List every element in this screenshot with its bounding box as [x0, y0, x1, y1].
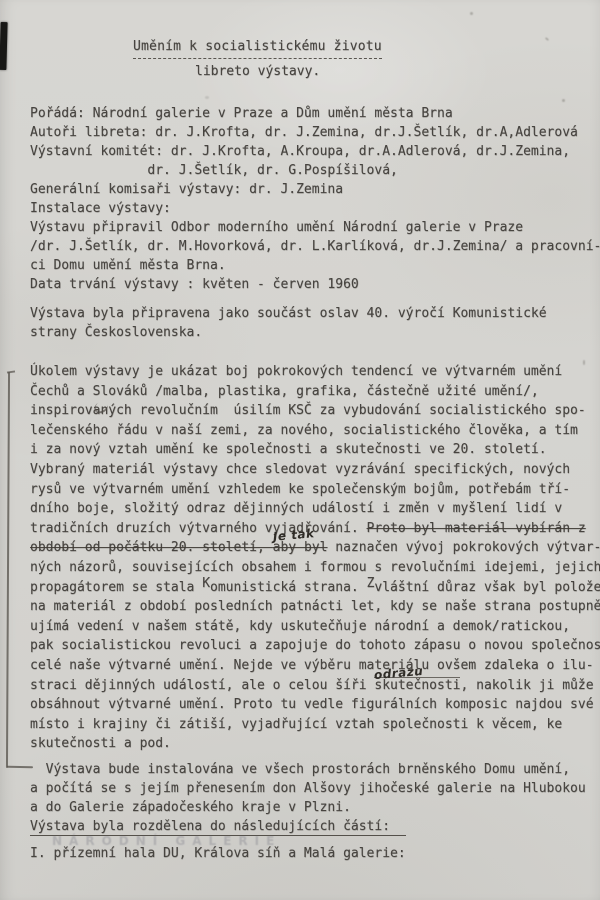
text-line: propagátorem se stala Komunistická stran…	[30, 578, 600, 598]
text-run: I. přízemní hala DU, Králova síň a Malá …	[30, 846, 406, 861]
text-line: Instalace výstavy:	[30, 199, 600, 218]
text-run: celé naše výtvarné umění. Nejde ve výběr…	[30, 658, 594, 673]
text-line: skutečnosti a pod.	[30, 734, 600, 754]
document-body: Pořádá: Národní galerie v Praze a Dům um…	[30, 104, 600, 863]
block-credits: Pořádá: Národní galerie v Praze a Dům um…	[30, 104, 600, 294]
text-run: dr. J.Šetlík, dr. G.Pospíšilová,	[30, 163, 398, 178]
text-run: naznačen vývoj pokrokových výtvar-	[327, 540, 600, 555]
text-run: Výstava byla připravena jako součást osl…	[30, 306, 547, 321]
text-run: místo i krajiny či zátiší, vyjadřující v…	[30, 717, 562, 732]
handwritten-insertion: odrazu	[374, 661, 425, 685]
text-run: lečenského řádu v naší zemi, za nového, …	[30, 423, 578, 438]
text-line: Vybraný materiál výstavy chce sledovat v…	[30, 460, 600, 480]
text-line: i za nový vztah umění ke společnosti a s…	[30, 440, 600, 460]
text-run: Čechů a Slováků /malba, plastika, grafik…	[30, 384, 539, 399]
text-line: na materiál z období posledních patnácti…	[30, 597, 600, 617]
text-line: a do Galerie západočeského kraje v Plzni…	[30, 798, 600, 817]
text-run: pak socialistickou revoluci a zapojuje d…	[30, 638, 600, 653]
text-run: Výstava bude instalována ve všech prosto…	[30, 762, 570, 777]
text-run: tradičních druzích výtvarného vyjadřován…	[30, 521, 367, 536]
text-line: Výstava byla připravena jako součást osl…	[30, 304, 600, 323]
text-line: dr. J.Šetlík, dr. G.Pospíšilová,	[30, 161, 600, 180]
text-run: strany Československa.	[30, 325, 202, 340]
text-line: inspirovaných revolučním úsilím KSČ za v…	[30, 401, 600, 421]
text-run: K	[202, 576, 210, 591]
text-run: Z	[367, 576, 375, 591]
text-line: Výstavní komitét: dr. J.Krofta, A.Kroupa…	[30, 142, 600, 161]
text-run: obsáhnout výtvarné umění. Proto tu vedle…	[30, 697, 594, 712]
text-run: inspirovaných revolučním úsilím KSČ za v…	[30, 403, 586, 418]
text-line: Výstavu připravil Odbor moderního umění …	[30, 218, 600, 237]
text-run: na materiál z období posledních patnácti…	[30, 599, 600, 614]
document-title: Uměním k socialistickému životu	[133, 38, 382, 59]
text-run: ujímá vedení v našem státě, kdy uskutečň…	[30, 619, 570, 634]
text-run: i za nový vztah umění ke společnosti a s…	[30, 442, 547, 457]
text-line: ujímá vedení v našem státě, kdy uskutečň…	[30, 617, 600, 637]
text-run: dního boje, složitý odraz dějinných udál…	[30, 501, 562, 516]
text-line: a počítá se s jejím přenesením don Alšov…	[30, 779, 600, 798]
text-run: ci Domu umění města Brna.	[30, 258, 226, 273]
block-main: Úkolem výstavy je ukázat boj pokrokových…	[30, 362, 600, 754]
text-run: Vybraný materiál výstavy chce sledovat v…	[30, 462, 570, 477]
text-run: skutečnostiodrazu	[374, 677, 460, 693]
text-line: období od počátku 20. století, aby bylJe…	[30, 538, 600, 558]
scan-speck	[470, 12, 473, 15]
struck-text: Proto byl materiál vybírán z	[367, 521, 586, 536]
text-line: ných názorů, souvisejících obsahem i for…	[30, 558, 600, 578]
text-run: ných názorů, souvisejících obsahem i for…	[30, 560, 600, 575]
text-line: Výstava bude instalována ve všech prosto…	[30, 760, 600, 779]
block-anniversary: Výstava byla připravena jako součást osl…	[30, 304, 600, 342]
text-run: , nakolik ji může	[460, 678, 593, 693]
text-run: straci dějinných událostí, ale o celou š…	[30, 678, 374, 693]
text-line: Pořádá: Národní galerie v Praze a Dům um…	[30, 104, 600, 123]
text-run: Instalace výstavy:	[30, 201, 171, 216]
text-run: omunistická strana.	[210, 580, 367, 595]
text-run: Výstavu připravil Odbor moderního umění …	[30, 220, 523, 235]
text-line: Autoři libreta: dr. J.Krofta, dr. J.Zemi…	[30, 123, 600, 142]
text-line: Čechů a Slováků /malba, plastika, grafik…	[30, 382, 600, 402]
document-title-block: Uměním k socialistickému životu libreto …	[133, 38, 382, 81]
struck-text: aby bylJe tak	[273, 540, 328, 555]
block-closing: Výstava bude instalována ve všech prosto…	[30, 760, 600, 836]
text-run: a počítá se s jejím přenesením don Alšov…	[30, 781, 586, 796]
scanned-document-page: Uměním k socialistickému životu libreto …	[0, 0, 600, 900]
text-line: straci dějinných událostí, ale o celou š…	[30, 676, 600, 696]
text-run: Data trvání výstavy : květen - červen 19…	[30, 277, 359, 292]
text-run: Úkolem výstavy je ukázat boj pokrokových…	[30, 364, 562, 379]
scan-artifact-corner-bar	[0, 22, 8, 70]
text-run: Pořádá: Národní galerie v Praze a Dům um…	[30, 106, 453, 121]
text-run: Autoři libreta: dr. J.Krofta, dr. J.Zemi…	[30, 125, 578, 140]
gallery-stamp-ghost: NÁRODNÍ GALERIE	[52, 834, 281, 848]
text-run: skutečnosti a pod.	[30, 736, 171, 751]
scan-speck	[205, 96, 209, 99]
text-line: rysů ve výtvarném umění vzhledem ke spol…	[30, 480, 600, 500]
text-line: dního boje, složitý odraz dějinných udál…	[30, 499, 600, 519]
scan-speck	[545, 37, 549, 41]
pencil-margin-bracket-bottom	[7, 766, 33, 768]
scan-speck	[583, 360, 585, 365]
document-subtitle: libreto výstavy.	[195, 63, 382, 81]
handwritten-insertion: Je tak	[272, 525, 315, 548]
text-run: propagátorem se stala	[30, 580, 202, 595]
text-run: Generální komisaři výstavy: dr. J.Zemina	[30, 182, 343, 197]
text-line: Generální komisaři výstavy: dr. J.Zemina	[30, 180, 600, 199]
text-line: lečenského řádu v naší zemi, za nového, …	[30, 421, 600, 441]
text-line: Data trvání výstavy : květen - červen 19…	[30, 275, 600, 294]
struck-text: období od počátku 20. století,	[30, 540, 273, 555]
text-run: Výstavní komitét: dr. J.Krofta, A.Kroupa…	[30, 144, 570, 159]
text-line: obsáhnout výtvarné umění. Proto tu vedle…	[30, 695, 600, 715]
text-line: pak socialistickou revoluci a zapojuje d…	[30, 636, 600, 656]
text-line: Úkolem výstavy je ukázat boj pokrokových…	[30, 362, 600, 382]
text-line: /dr. J.Šetlík, dr. M.Hovorková, dr. L.Ka…	[30, 237, 600, 256]
text-run: vláštní důraz však byl položen	[374, 580, 600, 595]
scan-speck	[562, 99, 565, 102]
text-line: ci Domu umění města Brna.	[30, 256, 600, 275]
text-line: celé naše výtvarné umění. Nejde ve výběr…	[30, 656, 600, 676]
text-run: /dr. J.Šetlík, dr. M.Hovorková, dr. L.Ka…	[30, 239, 600, 254]
text-line: strany Československa.	[30, 323, 600, 342]
text-line: místo i krajiny či zátiší, vyjadřující v…	[30, 715, 600, 735]
text-run: a do Galerie západočeského kraje v Plzni…	[30, 800, 351, 815]
text-run: rysů ve výtvarném umění vzhledem ke spol…	[30, 482, 570, 497]
pencil-margin-line	[6, 372, 10, 768]
